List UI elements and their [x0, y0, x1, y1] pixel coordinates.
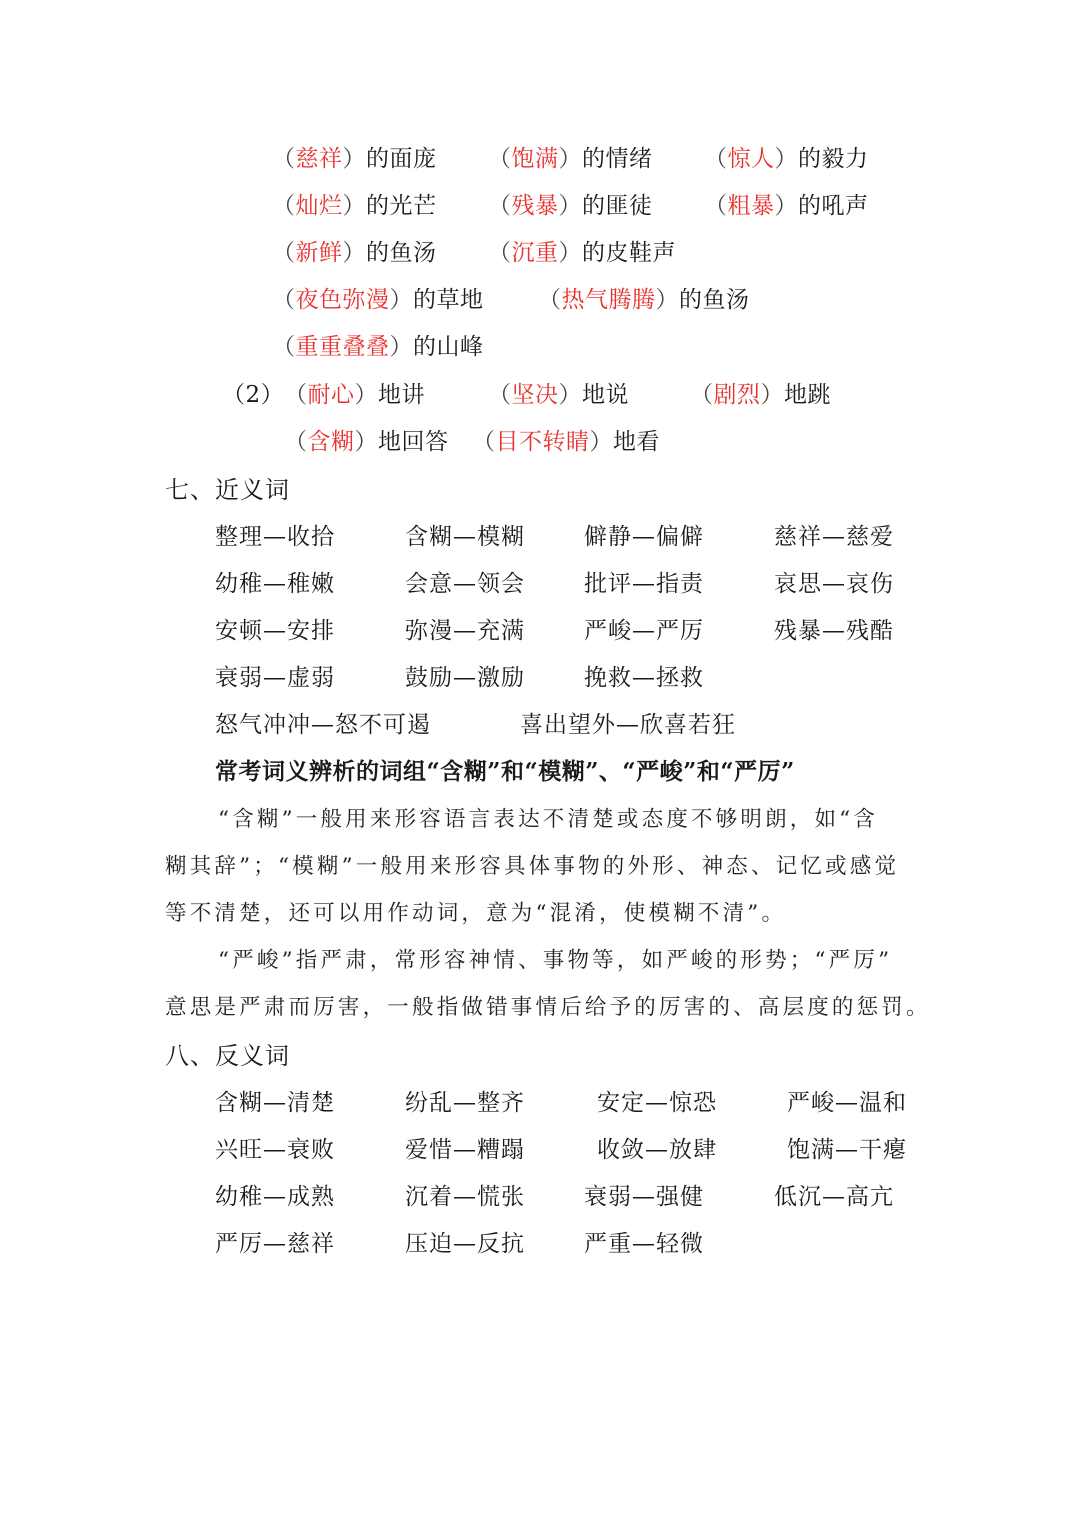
- antonym-pair: 饱满—干瘪: [787, 1135, 907, 1165]
- close-paren: ）: [559, 382, 583, 408]
- open-paren: （: [704, 193, 728, 219]
- analysis-paragraph-line: 等不清楚，还可以用作动词，意为“混淆，使模糊不清”。: [165, 899, 786, 929]
- answer-text: 剧烈: [714, 382, 761, 408]
- fill-item: （夜色弥漫）的草地: [272, 285, 484, 315]
- analysis-paragraph-line: “含糊”一般用来形容语言表达不清楚或态度不够明朗，如“含: [218, 805, 878, 835]
- phrase-suffix: 的山峰: [413, 334, 484, 360]
- close-paren: ）: [390, 287, 414, 313]
- close-paren: ）: [355, 382, 379, 408]
- close-paren: ）: [355, 429, 379, 455]
- open-paren: （: [488, 240, 512, 266]
- part2-label: （2）: [222, 380, 284, 410]
- phrase-suffix: 的草地: [413, 287, 484, 313]
- analysis-paragraph-line: 意思是严肃而厉害，一般指做错事情后给予的厉害的、高层度的惩罚。: [165, 993, 931, 1023]
- answer-text: 夜色弥漫: [296, 287, 390, 313]
- phrase-suffix: 的情绪: [582, 146, 653, 172]
- fill-item: （目不转睛）地看: [472, 427, 660, 457]
- antonym-pair: 严峻—温和: [787, 1088, 907, 1118]
- antonym-pair: 幼稚—成熟: [215, 1182, 335, 1212]
- phrase-suffix: 地看: [613, 429, 660, 455]
- phrase-suffix: 地回答: [378, 429, 449, 455]
- phrase-suffix: 的鱼汤: [366, 240, 437, 266]
- answer-text: 目不转睛: [496, 429, 590, 455]
- synonym-pair: 整理—收拾: [215, 522, 335, 552]
- answer-text: 新鲜: [296, 240, 343, 266]
- answer-text: 沉重: [512, 240, 559, 266]
- antonym-pair: 压迫—反抗: [405, 1229, 525, 1259]
- antonym-pair: 爱惜—糟蹋: [405, 1135, 525, 1165]
- open-paren: （: [488, 146, 512, 172]
- answer-text: 热气腾腾: [562, 287, 656, 313]
- answer-text: 含糊: [308, 429, 355, 455]
- idiom-pair: 喜出望外—欣喜若狂: [520, 710, 736, 740]
- analysis-paragraph-line: 糊其辞”；“模糊”一般用来形容具体事物的外形、神态、记忆或感觉: [165, 852, 899, 882]
- close-paren: ）: [559, 193, 583, 219]
- antonym-pair: 严厉—慈祥: [215, 1229, 335, 1259]
- close-paren: ）: [775, 193, 799, 219]
- antonym-pair: 收敛—放肆: [597, 1135, 717, 1165]
- fill-item: （含糊）地回答: [284, 427, 449, 457]
- fill-item: （重重叠叠）的山峰: [272, 332, 484, 362]
- open-paren: （: [272, 193, 296, 219]
- answer-text: 残暴: [512, 193, 559, 219]
- antonym-pair: 沉着—慌张: [405, 1182, 525, 1212]
- analysis-paragraph-line: “严峻”指严肃，常形容神情、事物等，如严峻的形势；“严厉”: [218, 946, 892, 976]
- antonym-pair: 含糊—清楚: [215, 1088, 335, 1118]
- close-paren: ）: [761, 382, 785, 408]
- close-paren: ）: [656, 287, 680, 313]
- close-paren: ）: [775, 146, 799, 172]
- close-paren: ）: [590, 429, 614, 455]
- synonym-pair: 会意—领会: [405, 569, 525, 599]
- fill-item: （剧烈）地跳: [690, 380, 831, 410]
- fill-item: （耐心）地讲: [284, 380, 425, 410]
- fill-item: （坚决）地说: [488, 380, 629, 410]
- close-paren: ）: [343, 193, 367, 219]
- close-paren: ）: [559, 240, 583, 266]
- open-paren: （: [272, 334, 296, 360]
- close-paren: ）: [390, 334, 414, 360]
- open-paren: （: [272, 146, 296, 172]
- phrase-suffix: 的毅力: [798, 146, 869, 172]
- close-paren: ）: [559, 146, 583, 172]
- open-paren: （: [284, 429, 308, 455]
- synonym-pair: 慈祥—慈爱: [774, 522, 894, 552]
- analysis-title: 常考词义辨析的词组“含糊”和“模糊”、“严峻”和“严厉”: [215, 757, 795, 787]
- fill-item: （饱满）的情绪: [488, 144, 653, 174]
- fill-item: （热气腾腾）的鱼汤: [538, 285, 750, 315]
- open-paren: （: [488, 193, 512, 219]
- phrase-suffix: 地讲: [378, 382, 425, 408]
- answer-text: 坚决: [512, 382, 559, 408]
- answer-text: 灿烂: [296, 193, 343, 219]
- fill-item: （残暴）的匪徒: [488, 191, 653, 221]
- fill-item: （粗暴）的吼声: [704, 191, 869, 221]
- phrase-suffix: 的光芒: [366, 193, 437, 219]
- fill-item: （沉重）的皮鞋声: [488, 238, 676, 268]
- antonym-pair: 纷乱—整齐: [405, 1088, 525, 1118]
- synonym-pair: 残暴—残酷: [774, 616, 894, 646]
- antonym-pair: 衰弱—强健: [584, 1182, 704, 1212]
- fill-item: （灿烂）的光芒: [272, 191, 437, 221]
- antonym-pair: 安定—惊恐: [597, 1088, 717, 1118]
- phrase-suffix: 的匪徒: [582, 193, 653, 219]
- fill-item: （慈祥）的面庞: [272, 144, 437, 174]
- synonym-pair: 挽救—拯救: [584, 663, 704, 693]
- phrase-suffix: 的鱼汤: [679, 287, 750, 313]
- antonym-pair: 严重—轻微: [584, 1229, 704, 1259]
- answer-text: 重重叠叠: [296, 334, 390, 360]
- open-paren: （: [272, 287, 296, 313]
- phrase-suffix: 地说: [582, 382, 629, 408]
- answer-text: 粗暴: [728, 193, 775, 219]
- synonym-pair: 哀思—哀伤: [774, 569, 894, 599]
- open-paren: （: [538, 287, 562, 313]
- synonym-pair: 衰弱—虚弱: [215, 663, 335, 693]
- answer-text: 饱满: [512, 146, 559, 172]
- synonym-pair: 僻静—偏僻: [584, 522, 704, 552]
- synonym-pair: 含糊—模糊: [405, 522, 525, 552]
- close-paren: ）: [343, 240, 367, 266]
- phrase-suffix: 的面庞: [366, 146, 437, 172]
- phrase-suffix: 的皮鞋声: [582, 240, 676, 266]
- fill-item: （新鲜）的鱼汤: [272, 238, 437, 268]
- close-paren: ）: [343, 146, 367, 172]
- open-paren: （: [472, 429, 496, 455]
- section-heading-antonyms: 八、反义词: [165, 1041, 290, 1071]
- synonym-pair: 幼稚—稚嫩: [215, 569, 335, 599]
- idiom-pair: 怒气冲冲—怒不可遏: [215, 710, 431, 740]
- open-paren: （: [284, 382, 308, 408]
- phrase-suffix: 地跳: [784, 382, 831, 408]
- open-paren: （: [272, 240, 296, 266]
- answer-text: 耐心: [308, 382, 355, 408]
- open-paren: （: [488, 382, 512, 408]
- fill-item: （惊人）的毅力: [704, 144, 869, 174]
- synonym-pair: 弥漫—充满: [405, 616, 525, 646]
- synonym-pair: 严峻—严厉: [584, 616, 704, 646]
- open-paren: （: [690, 382, 714, 408]
- section-heading-synonyms: 七、近义词: [165, 475, 290, 505]
- synonym-pair: 安顿—安排: [215, 616, 335, 646]
- answer-text: 惊人: [728, 146, 775, 172]
- synonym-pair: 鼓励—激励: [405, 663, 525, 693]
- antonym-pair: 兴旺—衰败: [215, 1135, 335, 1165]
- antonym-pair: 低沉—高亢: [774, 1182, 894, 1212]
- synonym-pair: 批评—指责: [584, 569, 704, 599]
- open-paren: （: [704, 146, 728, 172]
- answer-text: 慈祥: [296, 146, 343, 172]
- phrase-suffix: 的吼声: [798, 193, 869, 219]
